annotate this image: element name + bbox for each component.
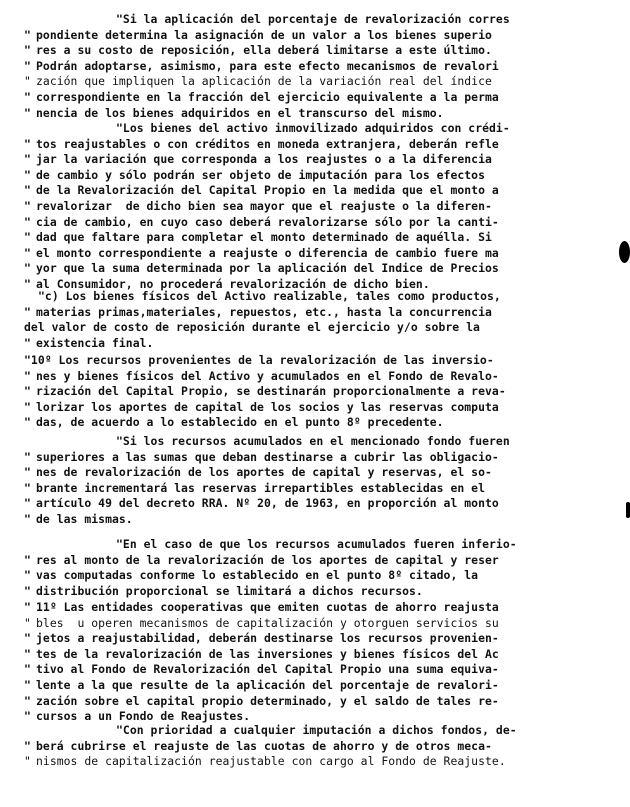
line-text: nes y bienes físicos del Activo y acumul…: [36, 369, 499, 385]
text-line: "res a su costo de reposición, ella debe…: [0, 43, 630, 59]
continuation-quote-mark: ": [24, 584, 31, 600]
line-text: zación que impliquen la aplicación de la…: [36, 74, 492, 90]
continuation-quote-mark: ": [24, 336, 31, 352]
line-text: del valor de costo de reposición durante…: [24, 320, 480, 336]
text-line: "zación que impliquen la aplicación de l…: [0, 74, 630, 90]
text-line: "correspondiente en la fracción del ejer…: [0, 90, 630, 106]
continuation-quote-mark: ": [24, 616, 31, 632]
line-text: yor que la suma determinada por la aplic…: [36, 261, 499, 277]
text-line: "brante incrementará las reservas irrepa…: [0, 481, 630, 497]
line-text: tes de la revalorización de las inversio…: [36, 647, 499, 663]
text-line: "lente a la que resulte de la aplicación…: [0, 678, 630, 694]
paragraph-point-10: "10º Los recursos provenientes de la rev…: [0, 353, 630, 431]
text-line: "nes y bienes físicos del Activo y acumu…: [0, 369, 630, 385]
paragraph-revalorization-limit: "Si la aplicación del porcentaje de reva…: [0, 12, 630, 121]
continuation-quote-mark: ": [24, 246, 31, 262]
line-text: tivo al Fondo de Revalorización del Capi…: [36, 662, 499, 678]
text-line: "tes de la revalorización de las inversi…: [0, 647, 630, 663]
text-line: "existencia final.: [0, 336, 630, 352]
line-text: res a su costo de reposición, ella deber…: [36, 43, 492, 59]
line-text: Podrán adoptarse, asimismo, para este ef…: [36, 59, 499, 75]
line-text: "Con prioridad a cualquier imputación a …: [116, 723, 517, 739]
continuation-quote-mark: ": [24, 199, 31, 215]
line-text: de cambio y sólo podrán ser objeto de im…: [36, 168, 485, 184]
line-text: berá cubrirse el reajuste de las cuotas …: [36, 739, 492, 755]
line-text: nes de revalorización de los aportes de …: [36, 465, 492, 481]
text-line: "Si los recursos acumulados en el mencio…: [0, 434, 630, 450]
paragraph-fixed-assets: "Los bienes del activo inmovilizado adqu…: [0, 121, 630, 293]
line-text: lente a la que resulte de la aplicación …: [36, 678, 499, 694]
text-line: "materias primas,materiales, repuestos, …: [0, 305, 630, 321]
text-line: "de la Revalorización del Capital Propio…: [0, 183, 630, 199]
margin-punch-mark: [619, 241, 630, 263]
continuation-quote-mark: ": [24, 694, 31, 710]
continuation-quote-mark: ": [24, 415, 31, 431]
continuation-quote-mark: ": [24, 28, 31, 44]
text-line: "Si la aplicación del porcentaje de reva…: [0, 12, 630, 28]
line-text: materias primas,materiales, repuestos, e…: [36, 305, 492, 321]
text-line: del valor de costo de reposición durante…: [0, 320, 630, 336]
line-text: res al monto de la revalorización de los…: [36, 553, 499, 569]
continuation-quote-mark: ": [24, 465, 31, 481]
continuation-quote-mark: ": [24, 553, 31, 569]
line-text: existencia final.: [36, 336, 153, 352]
continuation-quote-mark: ": [24, 647, 31, 663]
line-text: jetos a reajustabilidad, deberán destina…: [36, 631, 499, 647]
text-line: "Podrán adoptarse, asimismo, para este e…: [0, 59, 630, 75]
text-line: "cia de cambio, en cuyo caso deberá reva…: [0, 215, 630, 231]
line-text: "10º Los recursos provenientes de la rev…: [24, 353, 494, 369]
continuation-quote-mark: ": [24, 369, 31, 385]
continuation-quote-mark: ": [24, 739, 31, 755]
line-text: "Si la aplicación del porcentaje de reva…: [116, 12, 510, 28]
text-line: "yor que la suma determinada por la apli…: [0, 261, 630, 277]
line-text: nencia de los bienes adquiridos en el tr…: [36, 106, 444, 122]
line-text: 11º Las entidades cooperativas que emite…: [36, 600, 499, 616]
text-line: "En el caso de que los recursos acumulad…: [0, 537, 630, 553]
text-line: "nes de revalorización de los aportes de…: [0, 465, 630, 481]
text-line: "nencia de los bienes adquiridos en el t…: [0, 106, 630, 122]
continuation-quote-mark: ": [24, 59, 31, 75]
text-line: "res al monto de la revalorización de lo…: [0, 553, 630, 569]
line-text: "Los bienes del activo inmovilizado adqu…: [116, 121, 510, 137]
line-text: "Si los recursos acumulados en el mencio…: [116, 434, 510, 450]
line-text: cia de cambio, en cuyo caso deberá reval…: [36, 215, 499, 231]
text-line: "artículo 49 del decreto RRA. Nº 20, de …: [0, 496, 630, 512]
text-line: "el monto correspondiente a reajuste o d…: [0, 246, 630, 262]
line-text: el monto correspondiente a reajuste o di…: [36, 246, 499, 262]
text-line: "Con prioridad a cualquier imputación a …: [0, 723, 630, 739]
text-line: "tivo al Fondo de Revalorización del Cap…: [0, 662, 630, 678]
continuation-quote-mark: ": [24, 496, 31, 512]
continuation-quote-mark: ": [24, 384, 31, 400]
continuation-quote-mark: ": [24, 152, 31, 168]
continuation-quote-mark: ": [24, 631, 31, 647]
text-line: "rización del Capital Propio, se destina…: [0, 384, 630, 400]
continuation-quote-mark: ": [24, 568, 31, 584]
margin-tick-mark: [626, 502, 630, 518]
continuation-quote-mark: ": [24, 512, 31, 528]
continuation-quote-mark: ": [24, 74, 31, 90]
line-text: revalorizar de dicho bien sea mayor que …: [36, 199, 492, 215]
continuation-quote-mark: ": [24, 662, 31, 678]
line-text: tos reajustables o con créditos en moned…: [36, 137, 499, 153]
line-text: lorizar los aportes de capital de los so…: [36, 400, 499, 416]
paragraph-surplus-resources: "Si los recursos acumulados en el mencio…: [0, 434, 630, 528]
continuation-quote-mark: ": [24, 305, 31, 321]
text-line: "c) Los bienes físicos del Activo realiz…: [0, 289, 630, 305]
text-line: "11º Las entidades cooperativas que emit…: [0, 600, 630, 616]
continuation-quote-mark: ": [24, 168, 31, 184]
paragraph-item-c-realizable-assets: "c) Los bienes físicos del Activo realiz…: [0, 289, 630, 351]
text-line: "Los bienes del activo inmovilizado adqu…: [0, 121, 630, 137]
continuation-quote-mark: ": [24, 481, 31, 497]
line-text: pondiente determina la asignación de un …: [36, 28, 492, 44]
text-line: "dad que faltare para completar el monto…: [0, 230, 630, 246]
continuation-quote-mark: ": [24, 261, 31, 277]
line-text: vas computadas conforme lo establecido e…: [36, 568, 478, 584]
typewritten-document-page: "Si la aplicación del porcentaje de reva…: [0, 0, 630, 807]
text-line: "das, de acuerdo a lo establecido en el …: [0, 415, 630, 431]
line-text: artículo 49 del decreto RRA. Nº 20, de 1…: [36, 496, 499, 512]
text-line: "superiores a las sumas que deban destin…: [0, 450, 630, 466]
text-line: "bles u operen mecanismos de capitalizac…: [0, 616, 630, 632]
line-text: bles u operen mecanismos de capitalizaci…: [36, 616, 499, 632]
paragraph-priority-readjustment: "Con prioridad a cualquier imputación a …: [0, 723, 630, 770]
continuation-quote-mark: ": [24, 678, 31, 694]
paragraph-point-11: "11º Las entidades cooperativas que emit…: [0, 600, 630, 725]
line-text: de la Revalorización del Capital Propio …: [36, 183, 499, 199]
line-text: dad que faltare para completar el monto …: [36, 230, 492, 246]
text-line: "jar la variación que corresponda a los …: [0, 152, 630, 168]
line-text: nismos de capitalización reajustable con…: [36, 754, 506, 770]
line-text: jar la variación que corresponda a los r…: [36, 152, 492, 168]
line-text: das, de acuerdo a lo establecido en el p…: [36, 415, 444, 431]
text-line: "jetos a reajustabilidad, deberán destin…: [0, 631, 630, 647]
continuation-quote-mark: ": [24, 450, 31, 466]
line-text: correspondiente en la fracción del ejerc…: [36, 90, 499, 106]
paragraph-insufficient-resources: "En el caso de que los recursos acumulad…: [0, 537, 630, 599]
text-line: "revalorizar de dicho bien sea mayor que…: [0, 199, 630, 215]
continuation-quote-mark: ": [24, 183, 31, 199]
line-text: distribución proporcional se limitará a …: [36, 584, 423, 600]
continuation-quote-mark: ": [24, 400, 31, 416]
continuation-quote-mark: ": [24, 106, 31, 122]
line-text: de las mismas.: [36, 512, 133, 528]
continuation-quote-mark: ": [24, 43, 31, 59]
continuation-quote-mark: ": [24, 754, 31, 770]
text-line: "zación sobre el capital propio determin…: [0, 694, 630, 710]
text-line: "lorizar los aportes de capital de los s…: [0, 400, 630, 416]
continuation-quote-mark: ": [24, 215, 31, 231]
text-line: "de las mismas.: [0, 512, 630, 528]
text-line: "berá cubrirse el reajuste de las cuotas…: [0, 739, 630, 755]
text-line: "nismos de capitalización reajustable co…: [0, 754, 630, 770]
line-text: brante incrementará las reservas irrepar…: [36, 481, 485, 497]
continuation-quote-mark: ": [24, 137, 31, 153]
line-text: superiores a las sumas que deban destina…: [36, 450, 499, 466]
text-line: "pondiente determina la asignación de un…: [0, 28, 630, 44]
text-line: "de cambio y sólo podrán ser objeto de i…: [0, 168, 630, 184]
text-line: "tos reajustables o con créditos en mone…: [0, 137, 630, 153]
line-text: "En el caso de que los recursos acumulad…: [116, 537, 517, 553]
text-line: "vas computadas conforme lo establecido …: [0, 568, 630, 584]
line-text: rización del Capital Propio, se destinar…: [36, 384, 506, 400]
continuation-quote-mark: ": [24, 90, 31, 106]
text-line: "distribución proporcional se limitará a…: [0, 584, 630, 600]
continuation-quote-mark: ": [24, 600, 31, 616]
line-text: zación sobre el capital propio determina…: [36, 694, 499, 710]
line-text: "c) Los bienes físicos del Activo realiz…: [38, 289, 501, 305]
continuation-quote-mark: ": [24, 230, 31, 246]
text-line: "10º Los recursos provenientes de la rev…: [0, 353, 630, 369]
